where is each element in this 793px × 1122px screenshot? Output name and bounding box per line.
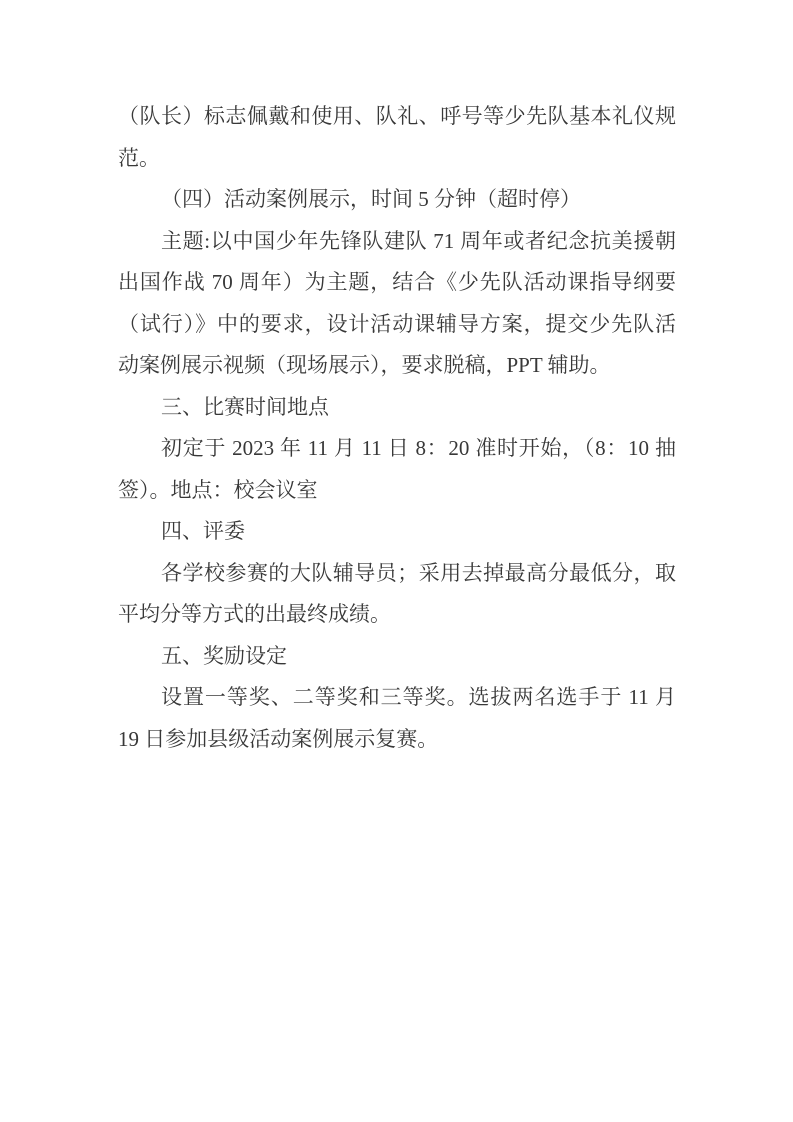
text-line: 19 日参加县级活动案例展示复赛。 — [118, 719, 676, 761]
text-line: 各学校参赛的大队辅导员；采用去掉最高分最低分，取 — [118, 553, 676, 595]
text-line: （队长）标志佩戴和使用、队礼、呼号等少先队基本礼仪规 — [118, 96, 676, 138]
text-line: 签）。地点：校会议室 — [118, 470, 676, 512]
text-line: 范。 — [118, 138, 676, 180]
heading-section-4: 四、评委 — [118, 511, 676, 553]
text-line: 动案例展示视频（现场展示），要求脱稿，PPT 辅助。 — [118, 345, 676, 387]
text-line: 平均分等方式的出最终成绩。 — [118, 594, 676, 636]
text-line: 出国作战 70 周年）为主题，结合《少先队活动课指导纲要 — [118, 262, 676, 304]
text-block: （队长）标志佩戴和使用、队礼、呼号等少先队基本礼仪规 范。 （四）活动案例展示，… — [118, 96, 676, 760]
heading-subsection-4: （四）活动案例展示，时间 5 分钟（超时停） — [118, 179, 676, 221]
text-line: 主题:以中国少年先锋队建队 71 周年或者纪念抗美援朝 — [118, 221, 676, 263]
document-page: （队长）标志佩戴和使用、队礼、呼号等少先队基本礼仪规 范。 （四）活动案例展示，… — [0, 0, 793, 1122]
text-line: 设置一等奖、二等奖和三等奖。选拔两名选手于 11 月 — [118, 677, 676, 719]
text-line: 初定于 2023 年 11 月 11 日 8：20 准时开始，（8：10 抽 — [118, 428, 676, 470]
heading-section-3: 三、比赛时间地点 — [118, 387, 676, 429]
heading-section-5: 五、奖励设定 — [118, 636, 676, 678]
text-line: （试行）》中的要求，设计活动课辅导方案，提交少先队活 — [118, 304, 676, 346]
